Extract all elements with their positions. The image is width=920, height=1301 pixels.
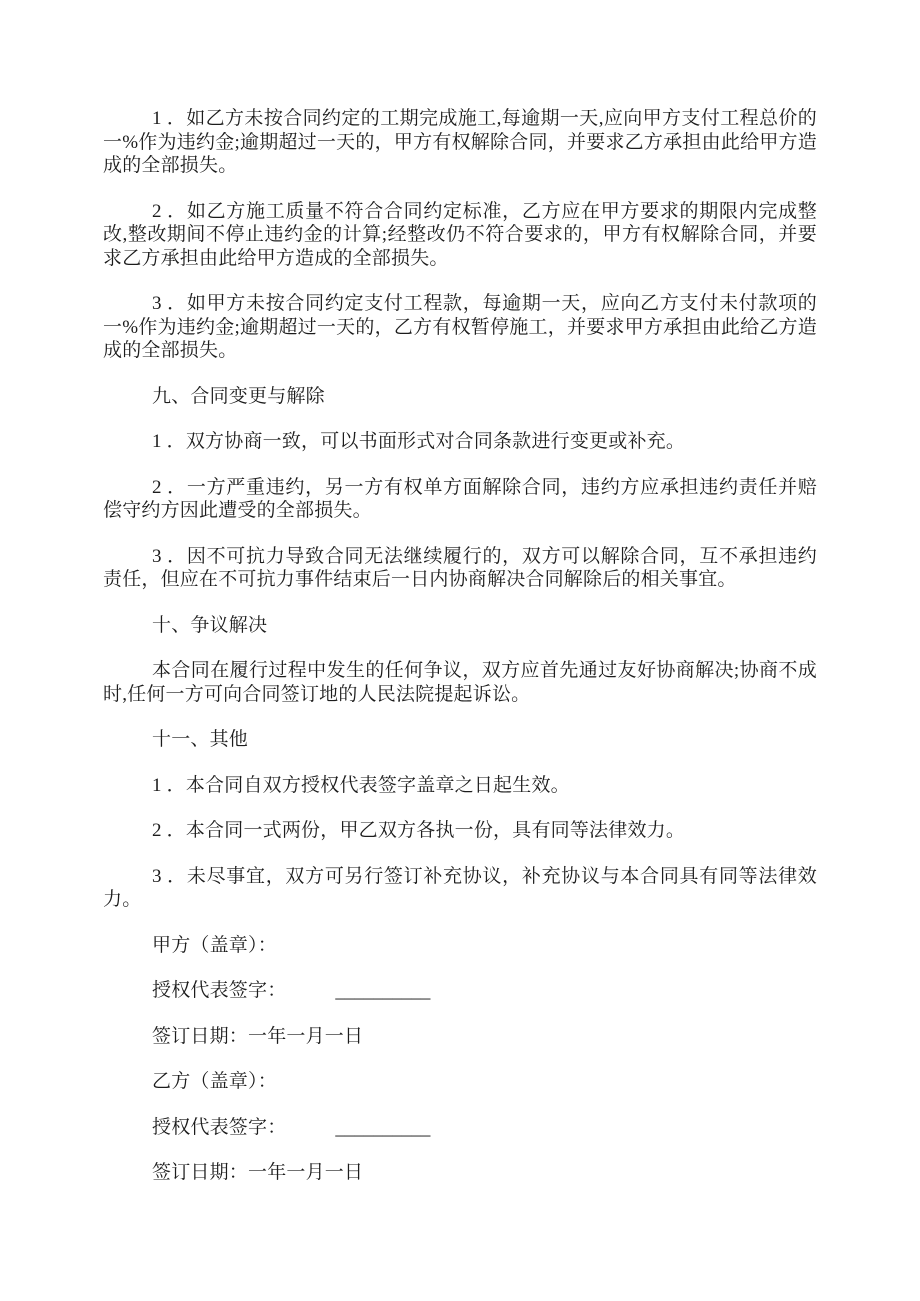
- party-a-seal-label: 甲方（盖章）：: [103, 934, 817, 958]
- party-b-sign-date: 签订日期：一年一月一日: [103, 1161, 817, 1185]
- party-a-sign-date: 签订日期：一年一月一日: [103, 1025, 817, 1049]
- clause-11-1-paragraph: 1 ．本合同自双方授权代表签字盖章之日起生效。: [103, 774, 817, 798]
- clause-11-2-paragraph: 2 ．本合同一式两份，甲乙双方各执一份，具有同等法律效力。: [103, 819, 817, 843]
- party-b-signature-row: 授权代表签字：__________: [103, 1116, 817, 1140]
- section-heading-10: 十、争议解决: [103, 614, 817, 638]
- section-heading-11: 十一、其他: [103, 728, 817, 752]
- clause-8-2-paragraph: 2 ．如乙方施工质量不符合合同约定标准，乙方应在甲方要求的期限内完成整改,整改期…: [103, 200, 817, 271]
- clause-10-paragraph: 本合同在履行过程中发生的任何争议，双方应首先通过友好协商解决;协商不成时,任何一…: [103, 659, 817, 706]
- party-b-seal-label: 乙方（盖章）：: [103, 1070, 817, 1094]
- clause-9-2-paragraph: 2 ．一方严重违约，另一方有权单方面解除合同，违约方应承担违约责任并赔偿守约方因…: [103, 476, 817, 523]
- party-a-signature-row: 授权代表签字：__________: [103, 979, 817, 1003]
- party-a-signature-blank-line: __________: [286, 980, 430, 1004]
- clause-9-1-paragraph: 1 ．双方协商一致，可以书面形式对合同条款进行变更或补充。: [103, 430, 817, 454]
- party-a-sign-label: 授权代表签字：: [152, 980, 286, 1001]
- section-heading-9: 九、合同变更与解除: [103, 385, 817, 409]
- clause-8-3-paragraph: 3 ．如甲方未按合同约定支付工程款，每逾期一天，应向乙方支付未付款项的一%作为违…: [103, 292, 817, 363]
- clause-11-3-paragraph: 3 ．未尽事宜，双方可另行签订补充协议，补充协议与本合同具有同等法律效力。: [103, 865, 817, 912]
- party-b-signature-blank-line: __________: [286, 1117, 430, 1141]
- contract-text-body: 1 ．如乙方未按合同约定的工期完成施工,每逾期一天,应向甲方支付工程总价的一%作…: [103, 107, 817, 1207]
- party-b-sign-label: 授权代表签字：: [152, 1117, 286, 1138]
- contract-document-page: 1 ．如乙方未按合同约定的工期完成施工,每逾期一天,应向甲方支付工程总价的一%作…: [0, 0, 920, 1301]
- clause-8-1-paragraph: 1 ．如乙方未按合同约定的工期完成施工,每逾期一天,应向甲方支付工程总价的一%作…: [103, 107, 817, 178]
- clause-9-3-paragraph: 3 ．因不可抗力导致合同无法继续履行的，双方可以解除合同，互不承担违约责任，但应…: [103, 545, 817, 592]
